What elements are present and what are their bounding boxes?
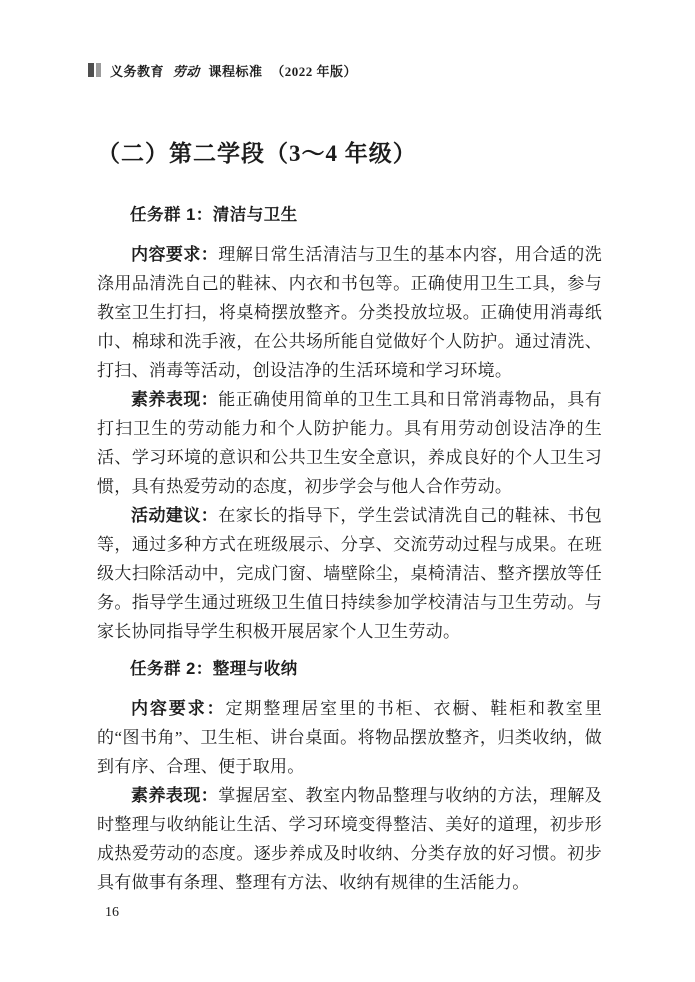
paragraph-label: 内容要求： (131, 245, 218, 264)
header-subject-label: 劳动 (173, 64, 200, 79)
paragraph-competency-performance-2: 素养表现：掌握居室、教室内物品整理与收纳的方法，理解及时整理与收纳能让生活、学习… (97, 781, 602, 897)
section-heading-task-group-1: 任务群 1：清洁与卫生 (97, 204, 602, 226)
header-edition-label: （2022 年版） (271, 64, 357, 79)
paragraph-competency-performance-1: 素养表现：能正确使用简单的卫生工具和日常消毒物品，具有打扫卫生的劳动能力和个人防… (97, 385, 602, 501)
paragraph-activity-suggestions-1: 活动建议：在家长的指导下，学生尝试清洗自己的鞋袜、书包等，通过多种方式在班级展示… (97, 501, 602, 646)
document-page: 义务教育 劳动 课程标准 （2022 年版） （二）第二学段（3～4 年级） 任… (0, 0, 695, 982)
page-number: 16 (105, 905, 602, 921)
paragraph-content-requirements-1: 内容要求：理解日常生活清洁与卫生的基本内容，用合适的洗涤用品清洗自己的鞋袜、内衣… (97, 240, 602, 385)
paragraph-text: 理解日常生活清洁与卫生的基本内容，用合适的洗涤用品清洗自己的鞋袜、内衣和书包等。… (97, 245, 602, 380)
running-header: 义务教育 劳动 课程标准 （2022 年版） (88, 62, 602, 78)
header-standard-label: 课程标准 (209, 64, 263, 79)
paragraph-label: 素养表现： (131, 786, 218, 805)
header-bar-light-icon (96, 63, 101, 77)
paragraph-label: 素养表现： (131, 390, 218, 409)
page-title: （二）第二学段（3～4 年级） (97, 138, 602, 170)
paragraph-label: 活动建议： (131, 506, 218, 525)
running-header-text: 义务教育 劳动 课程标准 （2022 年版） (110, 61, 362, 80)
header-series-label: 义务教育 (110, 64, 164, 79)
paragraph-label: 内容要求： (131, 699, 226, 718)
header-bar-dark-icon (88, 63, 94, 77)
paragraph-text: 在家长的指导下，学生尝试清洗自己的鞋袜、书包等，通过多种方式在班级展示、分享、交… (97, 506, 602, 641)
section-heading-task-group-2: 任务群 2：整理与收纳 (97, 658, 602, 680)
paragraph-content-requirements-2: 内容要求：定期整理居室里的书柜、衣橱、鞋柜和教室里的“图书角”、卫生柜、讲台桌面… (97, 694, 602, 781)
